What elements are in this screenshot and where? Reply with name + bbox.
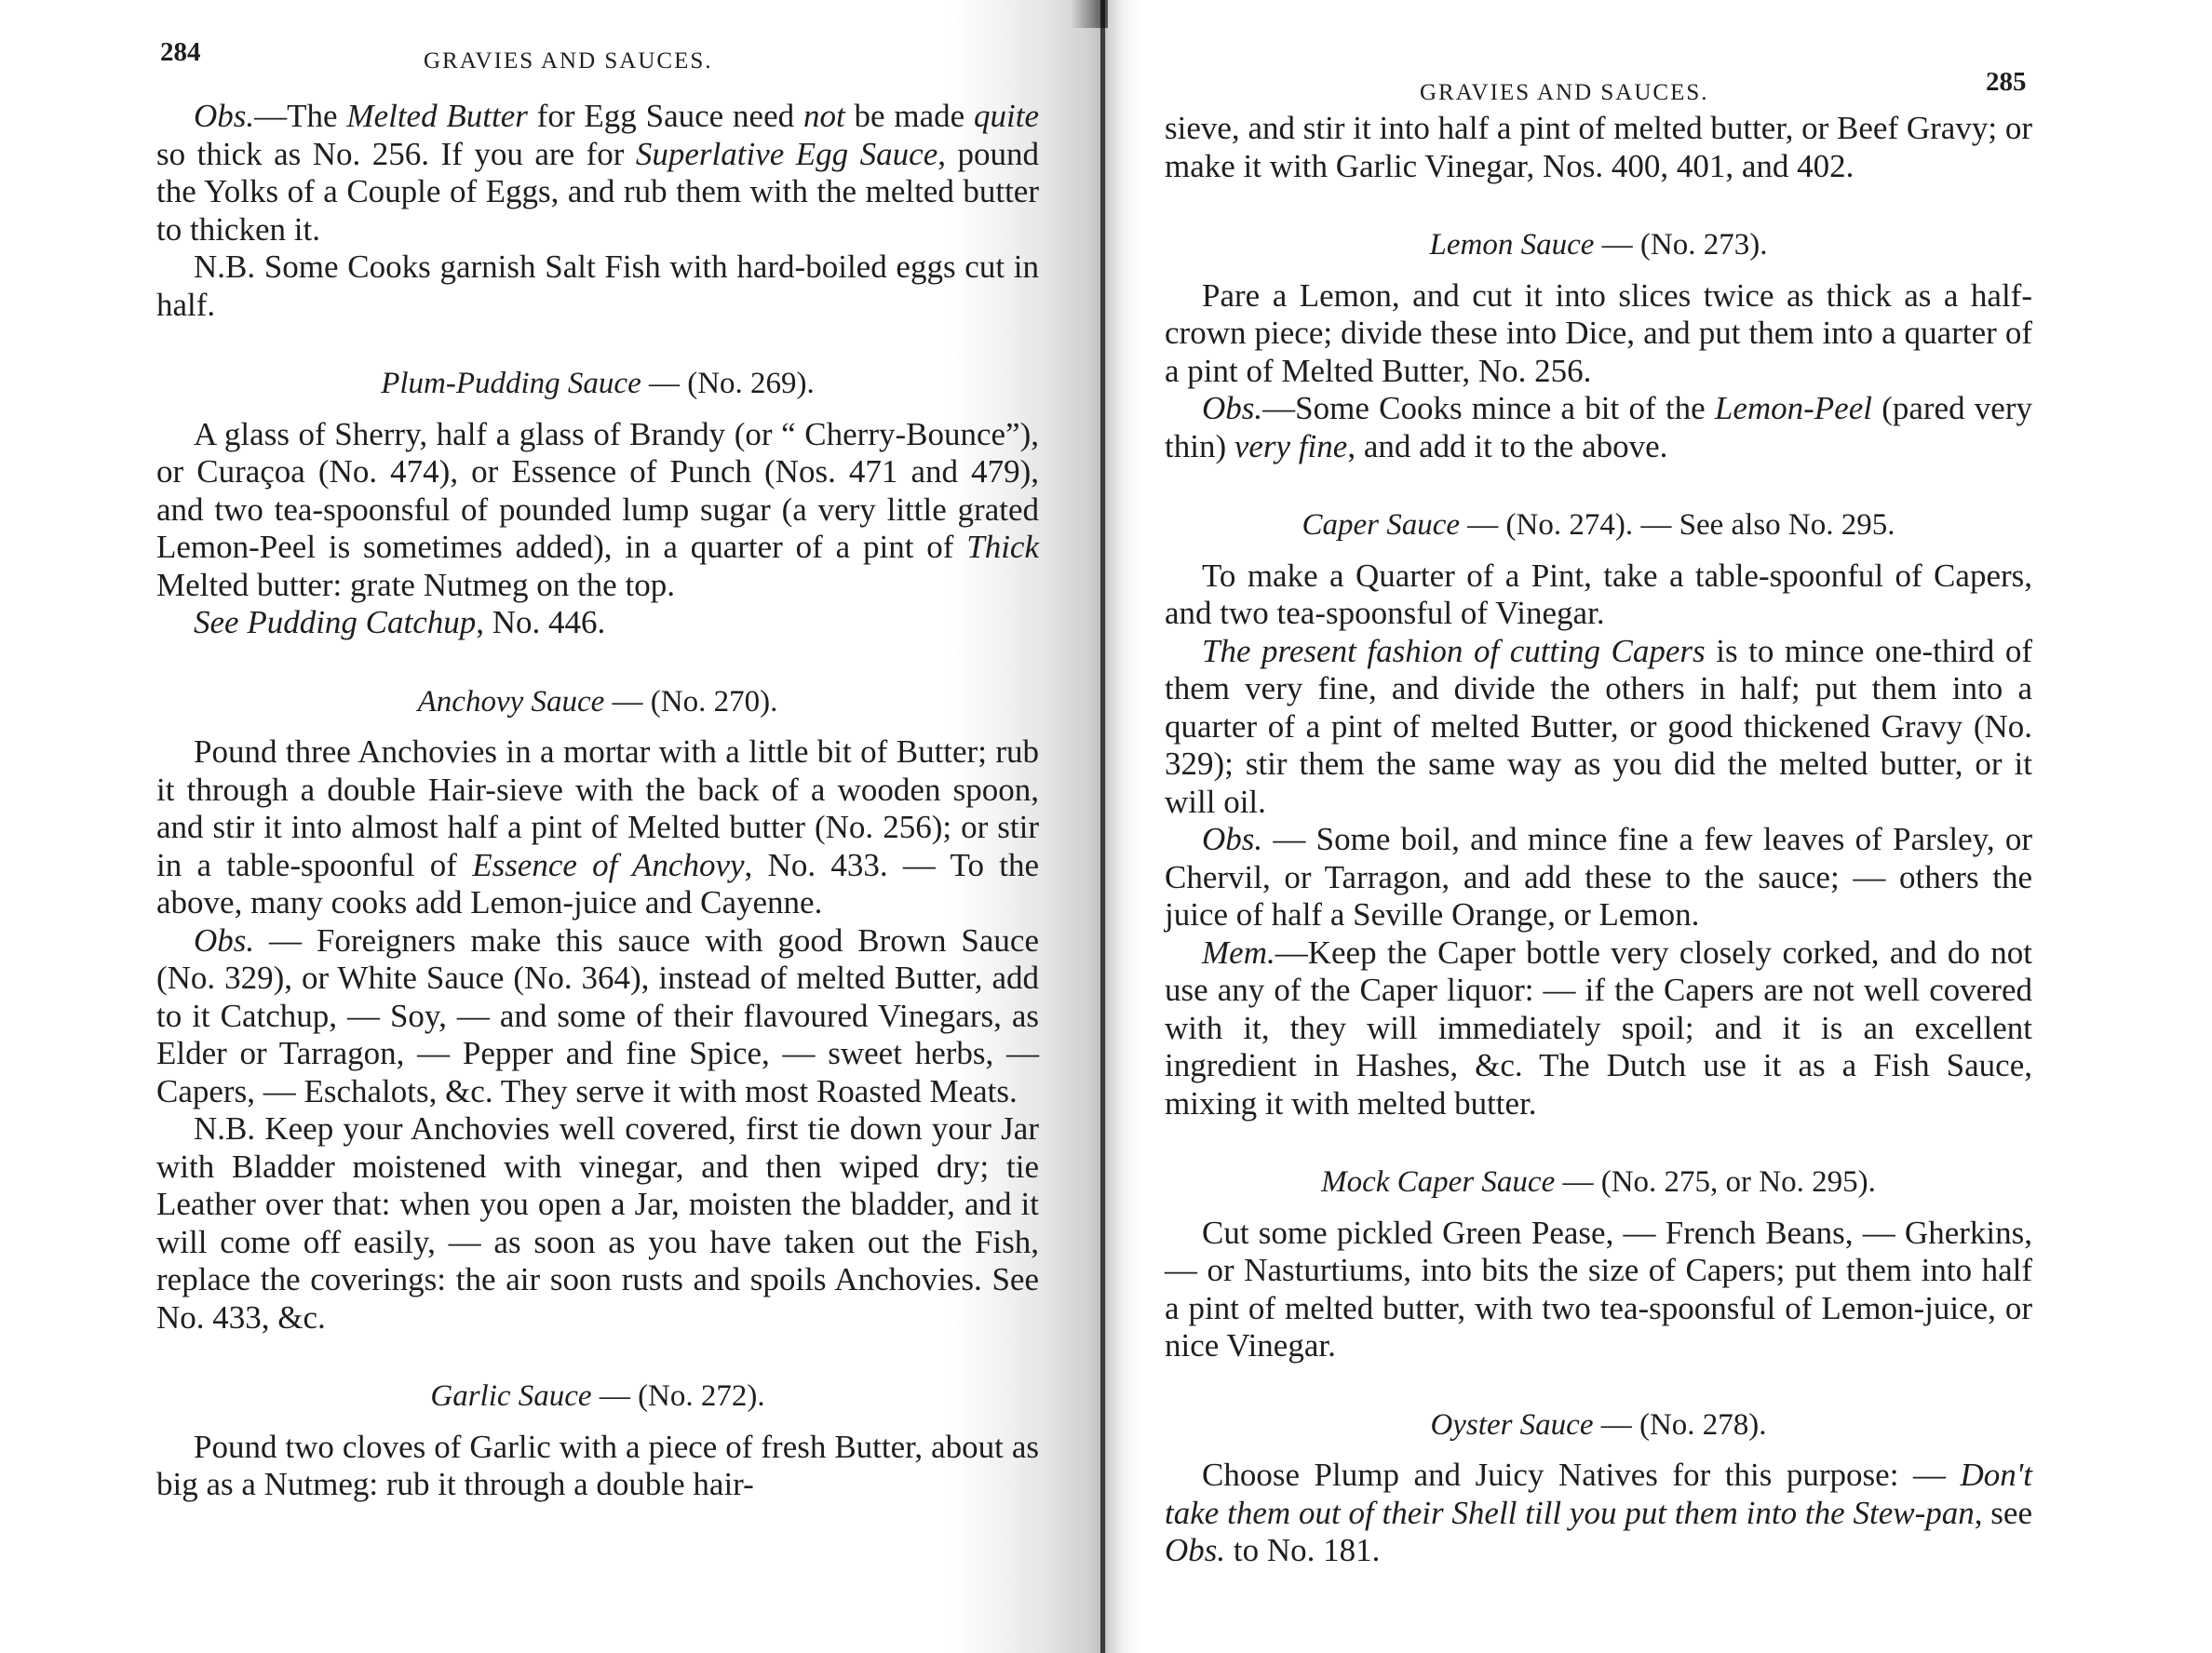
text-run: Melted butter: grate Nutmeg on the top. [156,567,675,603]
text-run: N.B. Keep your Anchovies well covered, f… [156,1110,1039,1336]
text-run: —The [254,98,346,134]
recipe-title: Mock Caper Sauce [1321,1165,1555,1199]
italic-text: Obs. [1165,1532,1225,1568]
recipe-reference: — (No. 274). — See also No. 295. [1460,508,1895,542]
left-page-text: Obs.—The Melted Butter for Egg Sauce nee… [156,98,1039,1504]
right-page-text: sieve, and stir it into half a pint of m… [1165,110,2032,1570]
text-run: — Foreigners make this sauce with good B… [156,922,1039,1109]
italic-text: Obs. [1202,821,1262,857]
recipe-heading: Garlic Sauce — (No. 272). [156,1377,1039,1416]
book-spine [1100,0,1105,1653]
recipe-heading: Lemon Sauce — (No. 273). [1165,226,2032,264]
text-run: Cut some pickled Green Pease, — French B… [1165,1215,2032,1364]
recipe-heading: Caper Sauce — (No. 274). — See also No. … [1165,506,2032,544]
paragraph: To make a Quarter of a Pint, take a tabl… [1165,558,2032,633]
paragraph: sieve, and stir it into half a pint of m… [1165,110,2032,185]
italic-text: Thick [966,529,1039,565]
text-run: Pound two cloves of Garlic with a piece … [156,1429,1039,1503]
text-run: Choose Plump and Juicy Natives for this … [1202,1457,1961,1493]
paragraph: A glass of Sherry, half a glass of Brand… [156,416,1039,605]
paragraph: N.B. Keep your Anchovies well covered, f… [156,1110,1039,1337]
text-run: , No. 446. [476,604,605,640]
text-run: , see [1975,1495,2032,1531]
spine-shadow [1071,0,1108,28]
recipe-reference: — (No. 278). [1593,1408,1766,1442]
paragraph: Choose Plump and Juicy Natives for this … [1165,1457,2032,1570]
italic-text: Obs. [194,922,254,959]
recipe-reference: — (No. 270). [604,685,777,719]
page-number-left: 284 [160,37,201,68]
recipe-heading: Oyster Sauce — (No. 278). [1165,1406,2032,1445]
recipe-title: Plum-Pudding Sauce [381,367,641,400]
paragraph: Pare a Lemon, and cut it into slices twi… [1165,277,2032,391]
paragraph: Pound three Anchovies in a mortar with a… [156,733,1039,922]
italic-text: quite [974,98,1039,134]
text-run: for Egg Sauce need [528,98,803,134]
recipe-heading: Plum-Pudding Sauce — (No. 269). [156,365,1039,403]
recipe-title: Oyster Sauce [1430,1408,1593,1442]
text-run: so thick as No. 256. If you are for [156,136,636,172]
paragraph: The present fashion of cutting Capers is… [1165,633,2032,822]
italic-text: Obs. [194,98,254,134]
recipe-heading: Mock Caper Sauce — (No. 275, or No. 295)… [1165,1163,2032,1202]
italic-text: Obs. [1202,390,1262,426]
paragraph: Obs.—Some Cooks mince a bit of the Lemon… [1165,390,2032,465]
italic-text: very fine [1234,428,1347,464]
paragraph: Obs. — Some boil, and mince fine a few l… [1165,821,2032,934]
running-head-right: GRAVIES AND SAUCES. [1420,80,1709,106]
left-page: 284 GRAVIES AND SAUCES. Obs.—The Melted … [0,0,1103,1653]
italic-text: See Pudding Catchup [194,604,476,640]
recipe-reference: — (No. 275, or No. 295). [1555,1165,1876,1199]
recipe-reference: — (No. 273). [1594,228,1767,262]
italic-text: Mem. [1202,934,1275,971]
text-run: to No. 181. [1225,1532,1380,1568]
text-run: , and add it to the above. [1347,428,1667,464]
italic-text: Essence of Anchovy [472,847,744,883]
right-page: GRAVIES AND SAUCES. 285 sieve, and stir … [1103,0,2212,1653]
recipe-title: Garlic Sauce [430,1379,591,1413]
italic-text: The present fashion of cutting Capers [1202,633,1706,669]
text-run: —Keep the Caper bottle very closely cork… [1165,934,2032,1122]
recipe-title: Lemon Sauce [1430,228,1595,262]
italic-text: not [803,98,845,134]
text-run: — Some boil, and mince fine a few leaves… [1165,821,2032,933]
page-number-right: 285 [1986,67,2027,98]
text-run: Pare a Lemon, and cut it into slices twi… [1165,277,2032,389]
paragraph: N.B. Some Cooks garnish Salt Fish with h… [156,249,1039,324]
paragraph: Mem.—Keep the Caper bottle very closely … [1165,934,2032,1123]
recipe-title: Caper Sauce [1302,508,1461,542]
running-head-left: GRAVIES AND SAUCES. [424,48,713,74]
text-run: be made [845,98,974,134]
text-run: N.B. Some Cooks garnish Salt Fish with h… [156,249,1039,323]
paragraph: Obs. — Foreigners make this sauce with g… [156,922,1039,1111]
paragraph: See Pudding Catchup, No. 446. [156,604,1039,642]
recipe-heading: Anchovy Sauce — (No. 270). [156,683,1039,721]
italic-text: Melted Butter [346,98,528,134]
recipe-title: Anchovy Sauce [418,685,605,719]
text-run: To make a Quarter of a Pint, take a tabl… [1165,558,2032,632]
italic-text: Lemon-Peel [1715,390,1872,426]
paragraph: Pound two cloves of Garlic with a piece … [156,1429,1039,1504]
italic-text: Superlative Egg Sauce [636,136,937,172]
paragraph: Obs.—The Melted Butter for Egg Sauce nee… [156,98,1039,249]
text-run: —Some Cooks mince a bit of the [1262,390,1715,426]
book-spread: 284 GRAVIES AND SAUCES. Obs.—The Melted … [0,0,2212,1653]
text-run: sieve, and stir it into half a pint of m… [1165,110,2032,184]
recipe-reference: — (No. 272). [592,1379,765,1413]
recipe-reference: — (No. 269). [641,367,815,400]
text-run: A glass of Sherry, half a glass of Brand… [156,416,1039,566]
paragraph: Cut some pickled Green Pease, — French B… [1165,1215,2032,1365]
